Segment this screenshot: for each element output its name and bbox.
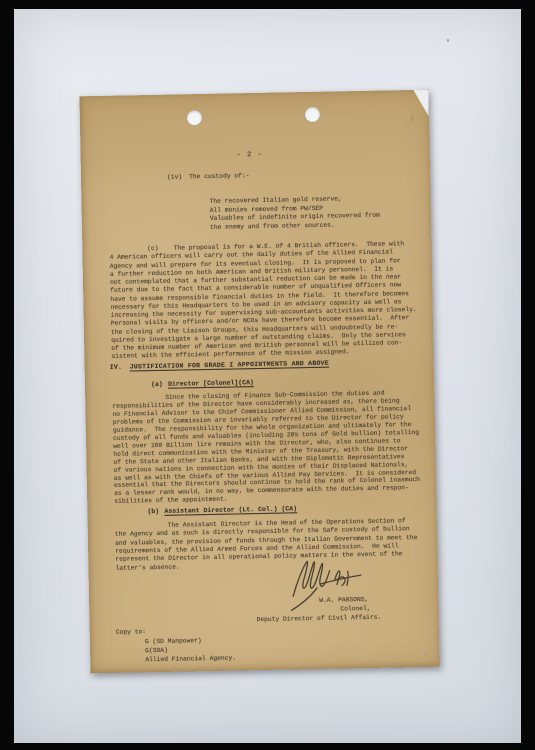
item-a-title: Director [Colonel](CA) [168, 379, 254, 388]
paragraph-c: (c) The proposal is for a W.E. of 4 Brit… [109, 240, 417, 361]
page-corner-fold [413, 90, 429, 117]
item-iv-label: (iv) [167, 173, 189, 182]
item-iv-heading: (iv)The custody of:- [167, 172, 250, 182]
punch-hole-left [187, 110, 202, 125]
signature-title: Deputy Director of Civil Affairs. [257, 614, 382, 625]
pencil-smudge [409, 112, 415, 125]
item-b-title: Assistant Director (Lt. Col.) (CA) [164, 505, 297, 515]
custody-list: The recovered Italian gold reserve,All m… [209, 195, 380, 233]
page-number: - 2 - [237, 151, 263, 160]
signature-name: W.A. PARSONS, [319, 596, 368, 605]
section-iv-title: JUSTIFICATION FOR GRADE I APPOINTMENTS A… [130, 360, 329, 371]
item-a-heading: (a)Director [Colonel](CA) [151, 379, 254, 389]
section-iv-heading: IV.JUSTIFICATION FOR GRADE I APPOINTMENT… [110, 360, 329, 372]
section-iv-numeral: IV. [110, 363, 130, 372]
copy-to-label: Copy to: [116, 628, 146, 637]
text-line: the enemy and from other sources. [210, 221, 380, 233]
dust-speck [447, 39, 449, 42]
item-iv-text: The custody of:- [189, 172, 250, 180]
dust-speck [424, 654, 426, 656]
item-b-label: (b) [147, 508, 164, 517]
mat-board: - 2 - (iv)The custody of:- The recovered… [14, 9, 521, 743]
copy-to-list: G (SD Manpower)G(SDA)Allied Financial Ag… [145, 636, 236, 665]
signature-rank: Colonel, [340, 605, 370, 614]
item-b-heading: (b)Assistant Director (Lt. Col.) (CA) [147, 505, 297, 516]
punch-hole-right [305, 107, 320, 122]
document-page: - 2 - (iv)The custody of:- The recovered… [79, 90, 439, 674]
text-line: Allied Financial Agency. [145, 654, 236, 665]
item-a-label: (a) [151, 381, 168, 390]
paragraph-a: Since the closing of Finance Sub-Commiss… [112, 389, 420, 506]
photo-frame: - 2 - (iv)The custody of:- The recovered… [0, 0, 535, 750]
paragraph-b: The Assistant Director is the Head of th… [115, 517, 418, 573]
